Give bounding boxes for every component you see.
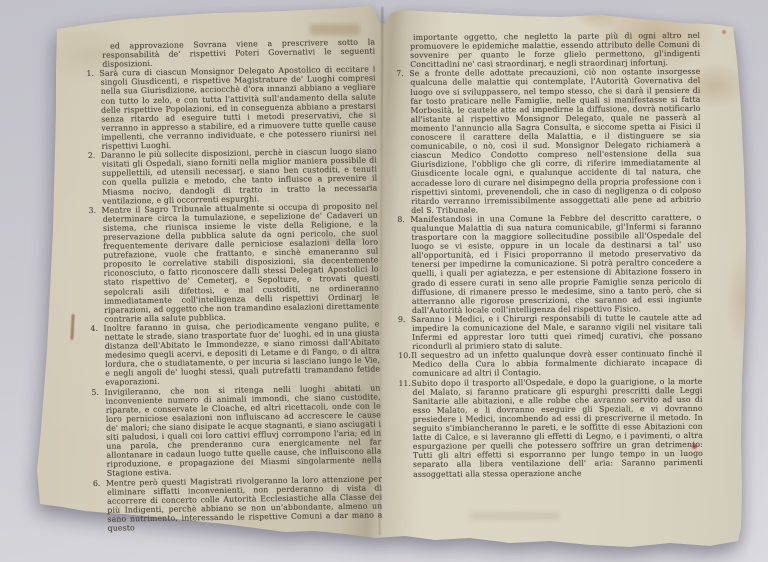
article-number: 6. bbox=[93, 478, 106, 487]
right-page-text-block: importante oggetto, che negletto la part… bbox=[396, 31, 703, 479]
article-7: 7.Se a fronte delle adottate precauzioni… bbox=[396, 67, 701, 215]
article-number: 9. bbox=[398, 315, 411, 324]
article-text: Inoltre faranno in guisa, che periodicam… bbox=[103, 319, 380, 387]
article-number: 7. bbox=[396, 69, 409, 78]
article-text: Sarà cura di ciascun Monsignor Delegato … bbox=[99, 65, 376, 151]
article-11: 11.Subito dopo il trasporto all'Ospedale… bbox=[398, 376, 703, 478]
article-number: 10. bbox=[398, 351, 411, 360]
article-1: 1.Sarà cura di ciascun Monsignor Delegat… bbox=[86, 65, 376, 151]
article-number: 11. bbox=[398, 378, 411, 387]
article-6: 6.Mentre però questi Magistrati rivolger… bbox=[93, 474, 383, 533]
red-speck bbox=[722, 30, 726, 34]
article-5: 5.Invigileranno, che non si ritenga nell… bbox=[91, 383, 381, 478]
article-number: 2. bbox=[88, 151, 101, 160]
article-text: Daranno le più sollecite disposizioni, p… bbox=[101, 147, 378, 206]
article-text: Saranno i Medici, e i Chirurgi responsab… bbox=[411, 313, 702, 351]
article-4: 4.Inoltre faranno in guisa, che periodic… bbox=[90, 319, 380, 387]
document-photo: ed approvazione Sovrana viene a prescriv… bbox=[0, 0, 768, 562]
article-9: 9.Saranno i Medici, e i Chirurgi respons… bbox=[398, 313, 702, 351]
article-number: 5. bbox=[91, 387, 104, 396]
show-through-mark bbox=[470, 512, 560, 520]
article-2: 2.Daranno le più sollecite disposizioni,… bbox=[88, 147, 378, 206]
article-text: Invigileranno, che non si ritenga nelli … bbox=[104, 383, 381, 478]
article-3: 3.Mentre il Sagro Tribunale attualmente … bbox=[89, 201, 380, 324]
left-page-text-block: ed approvazione Sovrana viene a prescriv… bbox=[86, 37, 383, 533]
article-text: Se a fronte delle adottate precauzioni, … bbox=[409, 67, 701, 214]
article-number: 8. bbox=[397, 215, 410, 224]
article-text: Subito dopo il trasporto all'Ospedale, e… bbox=[411, 376, 703, 478]
paragraph-continuation: importante oggetto, che negletto la part… bbox=[396, 31, 700, 69]
article-text: Mentre il Sagro Tribunale attualmente si… bbox=[102, 201, 380, 323]
article-number: 1. bbox=[86, 69, 99, 78]
article-text: Manifestandosi in una Comune la Febbre d… bbox=[410, 213, 702, 315]
article-10: 10.Il sequestro ad un infetto qualunque … bbox=[398, 349, 702, 378]
article-8: 8.Manifestandosi in una Comune la Febbre… bbox=[397, 213, 702, 315]
show-through-mark bbox=[310, 24, 360, 35]
article-number: 3. bbox=[89, 205, 102, 214]
article-text: Il sequestro ad un infetto qualunque dov… bbox=[411, 349, 702, 378]
article-number: 4. bbox=[90, 324, 103, 333]
article-text: Mentre però questi Magistrati rivolgeran… bbox=[106, 474, 383, 533]
